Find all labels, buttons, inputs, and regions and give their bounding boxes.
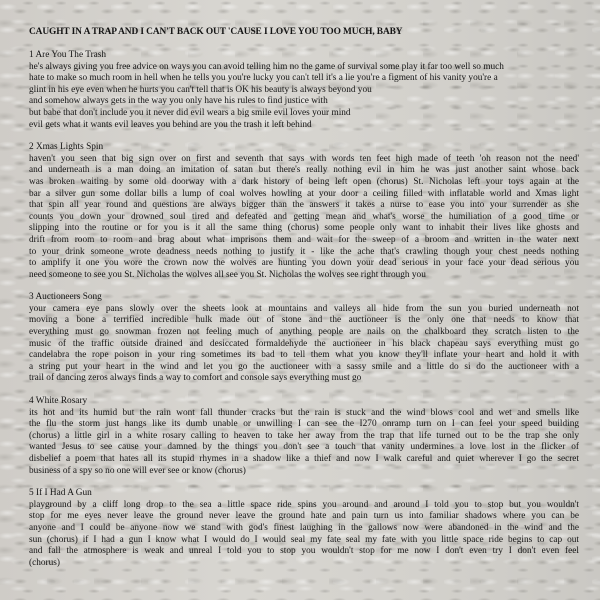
song-block-3: 3 Auctioneers Song your camera eye pans … xyxy=(29,292,579,385)
lyric-line: sun (chorus) if I had a gun I know what … xyxy=(29,535,579,547)
lyric-line: glint in his eye even when he hurts you … xyxy=(29,85,579,97)
song-lyrics: he's always giving you free advice on wa… xyxy=(29,62,579,132)
lyric-line: hate to make so much room in hell when h… xyxy=(29,73,579,85)
song-block-5: 5 If I Had A Gun playground by a cliff l… xyxy=(29,488,579,569)
lyric-line: everything must go snowman frozen not fe… xyxy=(29,327,579,339)
lyric-line: moving a bone a terrified incredible hul… xyxy=(29,315,579,327)
lyric-line: playground by a cliff long drop to the s… xyxy=(29,500,579,512)
song-title: 3 Auctioneers Song xyxy=(29,292,579,304)
lyric-line: bar a silver gun some dollar bills a lum… xyxy=(29,189,579,201)
lyric-line: to amplify it one you wore the crown now… xyxy=(29,258,579,270)
song-block-1: 1 Are You The Trash he's always giving y… xyxy=(29,50,579,131)
song-block-4: 4 White Rosary its hot and its humid but… xyxy=(29,396,579,477)
lyric-line: but babe that don't include you it never… xyxy=(29,108,579,120)
song-title: 2 Xmas Lights Spin xyxy=(29,142,579,154)
lyric-line: slipping into the routine or for you is … xyxy=(29,223,579,235)
lyric-line: disbelief a poem that hates all its stup… xyxy=(29,454,579,466)
lyric-line: anyone and I could be anyone now we stan… xyxy=(29,523,579,535)
lyric-line: that spin all year round and questions a… xyxy=(29,200,579,212)
lyric-line: need someone to see you St. Nicholas the… xyxy=(29,270,579,282)
song-lyrics: its hot and its humid but the rain wont … xyxy=(29,408,579,478)
song-block-2: 2 Xmas Lights Spin haven't you seen that… xyxy=(29,142,579,281)
lyric-line: wanted Jesus to see cause your damned by… xyxy=(29,442,579,454)
song-lyrics: haven't you seen that big sign over on f… xyxy=(29,154,579,282)
lyric-line: was broken waiting by some old doorway w… xyxy=(29,177,579,189)
song-title: 1 Are You The Trash xyxy=(29,50,579,62)
lyric-line: candelabra the rope poison in your ring … xyxy=(29,350,579,362)
lyric-line: and underneath is a man doing an imitati… xyxy=(29,165,579,177)
song-title: 5 If I Had A Gun xyxy=(29,488,579,500)
lyric-line: and somehow always gets in the way you o… xyxy=(29,96,579,108)
song-title: 4 White Rosary xyxy=(29,396,579,408)
lyric-line: your camera eye pans slowly over the she… xyxy=(29,304,579,316)
lyric-line: evil gets what it wants evil leaves you … xyxy=(29,120,579,132)
lyric-line: to your drink someone wrote deadness nee… xyxy=(29,247,579,259)
song-lyrics: your camera eye pans slowly over the she… xyxy=(29,304,579,385)
song-lyrics: playground by a cliff long drop to the s… xyxy=(29,500,579,570)
lyric-line: counts you down your drowned soul tired … xyxy=(29,212,579,224)
lyric-line: the flu the storm just hangs like its du… xyxy=(29,419,579,431)
lyric-line: haven't you seen that big sign over on f… xyxy=(29,154,579,166)
lyric-line: (chorus) a little girl in a white rosary… xyxy=(29,431,579,443)
song-list: 1 Are You The Trash he's always giving y… xyxy=(29,50,579,569)
lyric-line: its hot and its humid but the rain wont … xyxy=(29,408,579,420)
lyric-line: and fall the atmosphere is weak and unre… xyxy=(29,546,579,558)
lyric-line: drift from room to room and brag about w… xyxy=(29,235,579,247)
lyric-line: trail of dancing zeros always finds a wa… xyxy=(29,373,579,385)
lyric-line: (chorus) xyxy=(29,558,579,570)
lyric-line: music of the traffic outside drained and… xyxy=(29,339,579,351)
album-title: CAUGHT IN A TRAP AND I CAN'T BACK OUT 'C… xyxy=(29,26,579,38)
lyric-line: business of a spy so no one will ever se… xyxy=(29,466,579,478)
lyric-line: he's always giving you free advice on wa… xyxy=(29,62,579,74)
lyrics-page: CAUGHT IN A TRAP AND I CAN'T BACK OUT 'C… xyxy=(29,20,579,569)
lyric-line: a string put your heart in the wind and … xyxy=(29,362,579,374)
lyric-line: stop for me eyes never leave the ground … xyxy=(29,511,579,523)
